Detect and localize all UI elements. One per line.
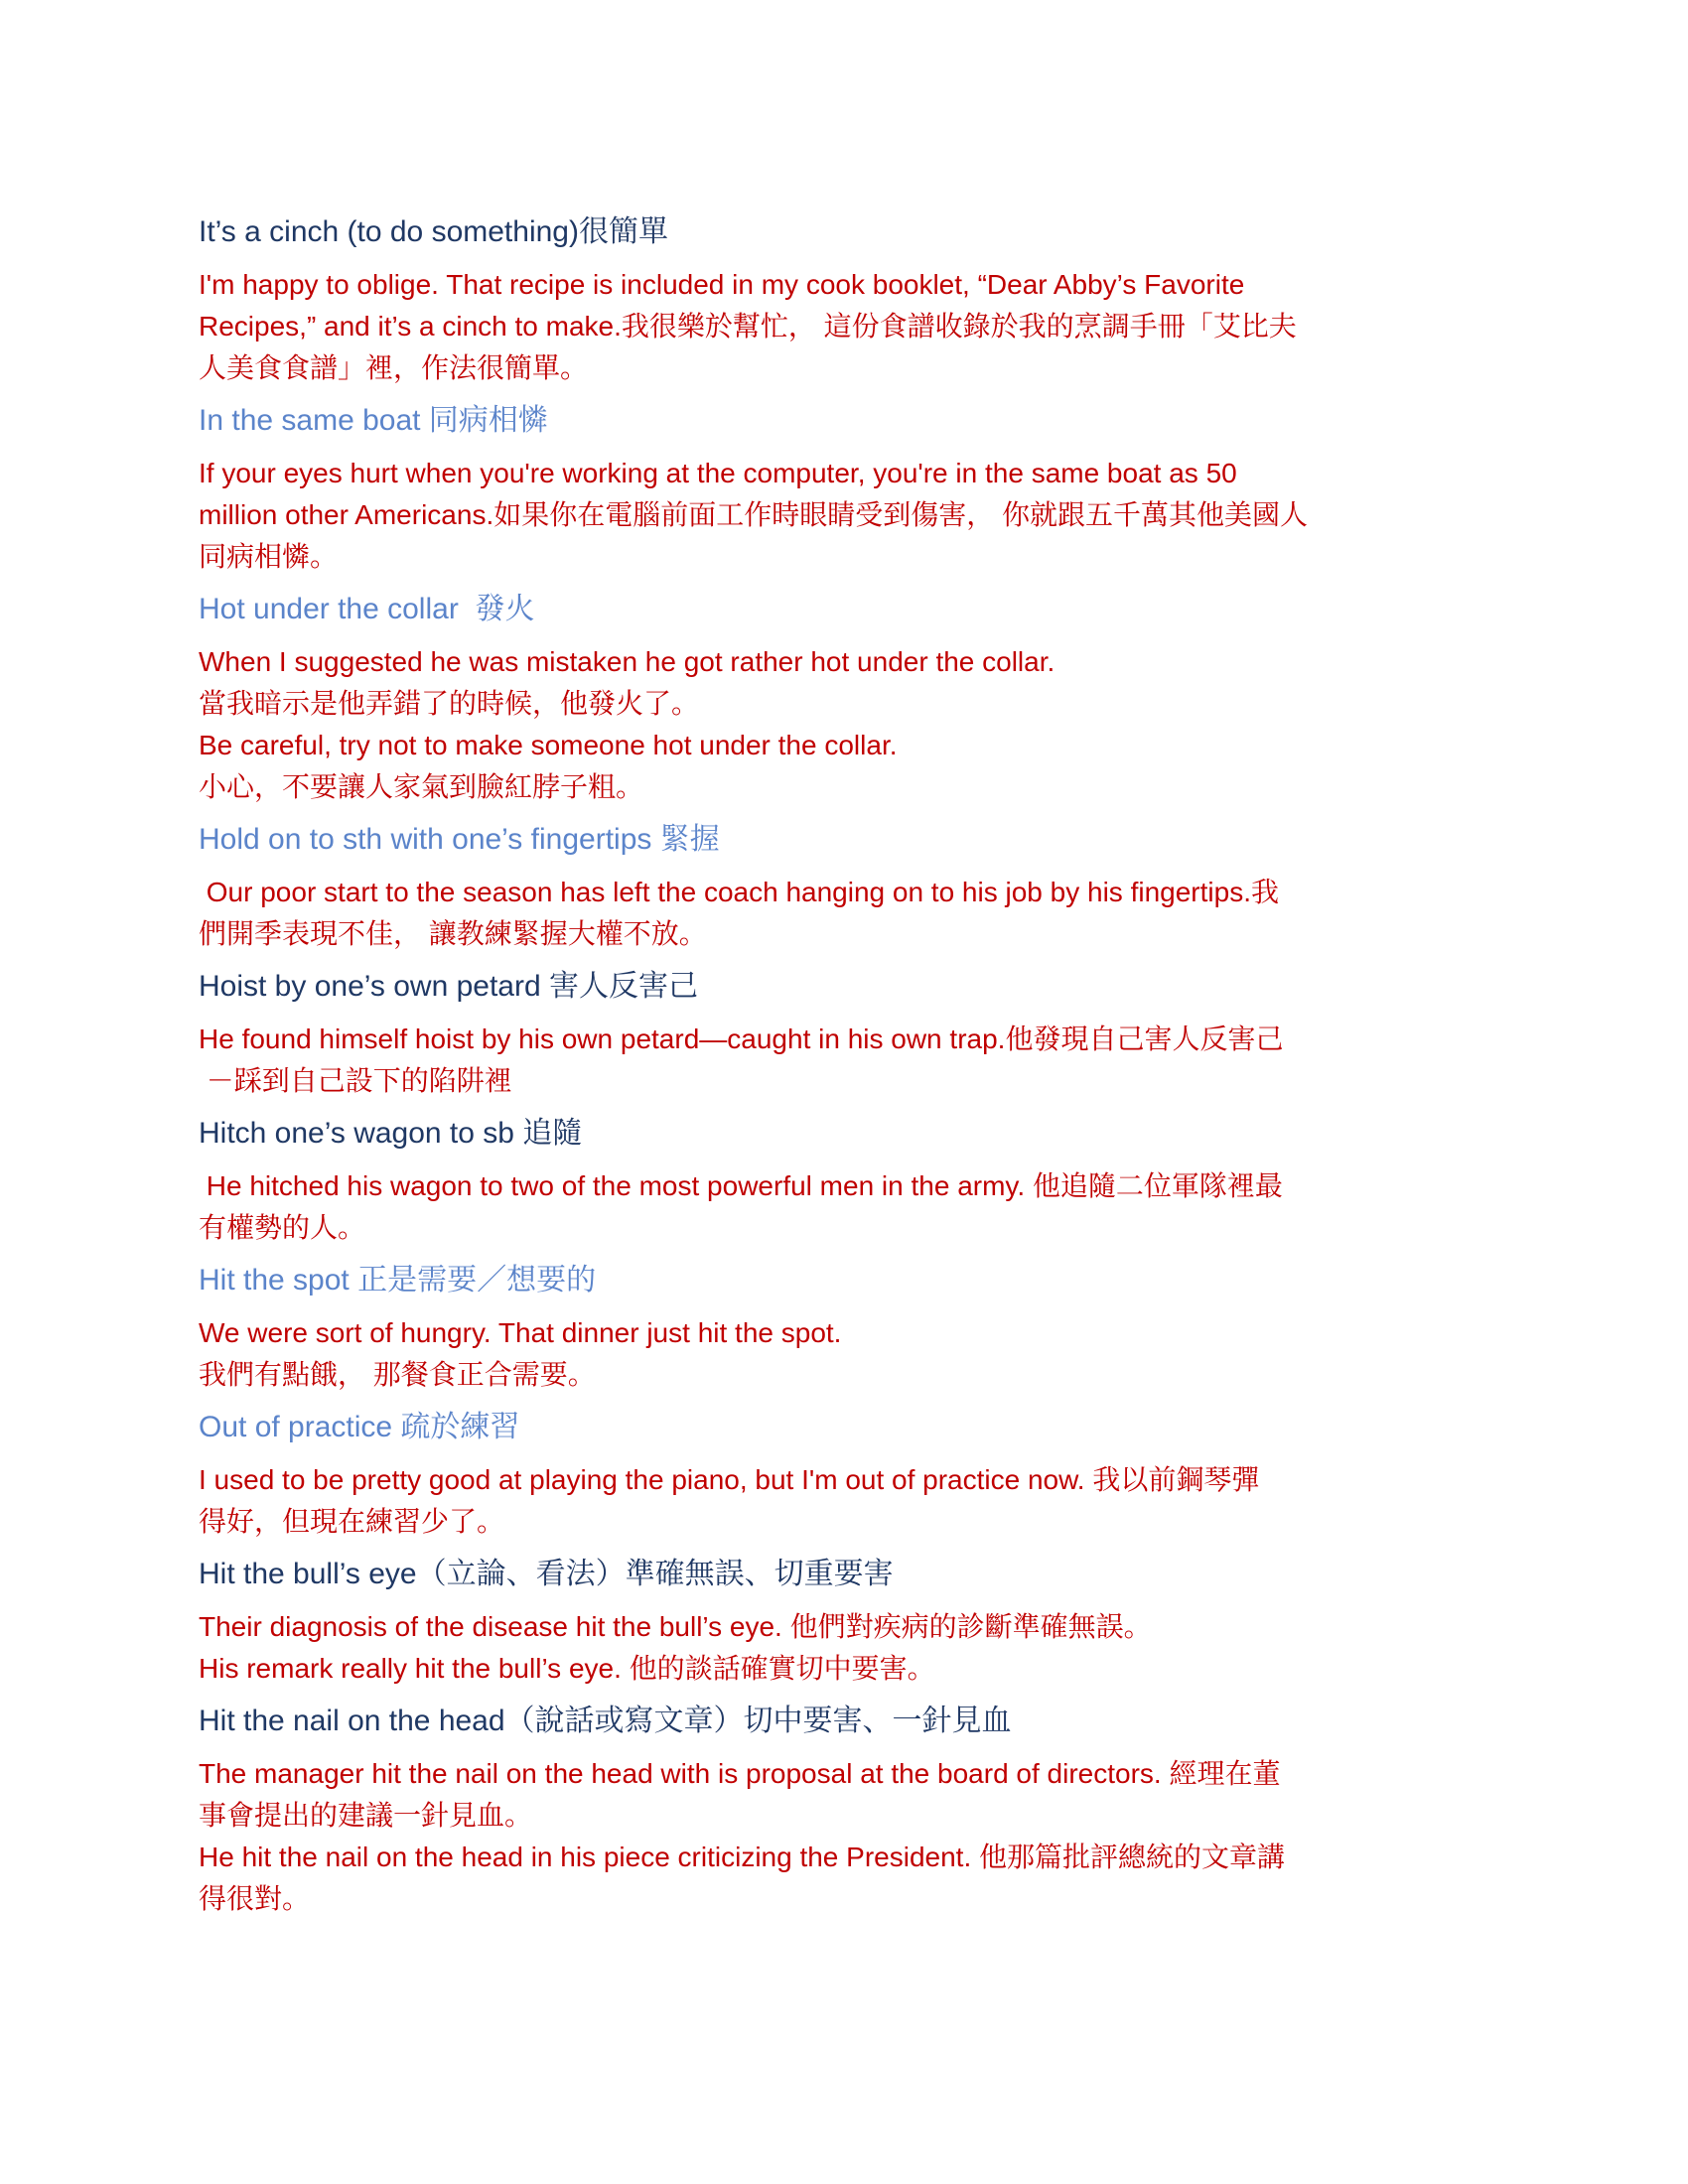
- document-page: It’s a cinch (to do something)很簡單 I'm ha…: [0, 0, 1688, 2184]
- body-line: Be careful, try not to make someone hot …: [199, 725, 1499, 766]
- idiom-heading: Hot under the collar 發火: [199, 588, 1499, 631]
- idiom-section: Hit the bull’s eye（立論、看法）準確無誤、切重要害 Their…: [199, 1553, 1499, 1690]
- body-line: He found himself hoist by his own petard…: [199, 1019, 1499, 1060]
- body-line: When I suggested he was mistaken he got …: [199, 641, 1499, 683]
- idiom-section: Hit the spot 正是需要／想要的 We were sort of hu…: [199, 1259, 1499, 1396]
- body-line: 當我暗示是他弄錯了的時候，他發火了。: [199, 683, 1499, 725]
- body-line: If your eyes hurt when you're working at…: [199, 453, 1499, 494]
- body-line: 人美食食譜」裡，作法很簡單。: [199, 347, 1499, 389]
- body-line: His remark really hit the bull’s eye. 他的…: [199, 1648, 1499, 1690]
- idiom-heading: Hit the spot 正是需要／想要的: [199, 1259, 1499, 1302]
- idiom-section: In the same boat 同病相憐 If your eyes hurt …: [199, 399, 1499, 578]
- body-line: 們開季表現不佳， 讓教練緊握大權不放。: [199, 913, 1499, 955]
- idiom-heading: Hold on to sth with one’s fingertips 緊握: [199, 818, 1499, 862]
- idiom-heading: Hit the nail on the head（說話或寫文章）切中要害、一針見…: [199, 1700, 1499, 1743]
- idiom-section: It’s a cinch (to do something)很簡單 I'm ha…: [199, 210, 1499, 389]
- idiom-section: Hot under the collar 發火 When I suggested…: [199, 588, 1499, 808]
- idiom-heading: Hit the bull’s eye（立論、看法）準確無誤、切重要害: [199, 1553, 1499, 1596]
- idiom-heading: Hoist by one’s own petard 害人反害己: [199, 965, 1499, 1009]
- idiom-heading: In the same boat 同病相憐: [199, 399, 1499, 443]
- idiom-section: Hitch one’s wagon to sb 追隨 He hitched hi…: [199, 1112, 1499, 1249]
- body-line: －踩到自己設下的陷阱裡: [199, 1060, 1499, 1102]
- body-line: 有權勢的人。: [199, 1207, 1499, 1249]
- body-line: I used to be pretty good at playing the …: [199, 1459, 1499, 1501]
- body-line: Their diagnosis of the disease hit the b…: [199, 1606, 1499, 1648]
- document-content: It’s a cinch (to do something)很簡單 I'm ha…: [199, 210, 1499, 1930]
- idiom-section: Hoist by one’s own petard 害人反害己 He found…: [199, 965, 1499, 1102]
- idiom-heading: Out of practice 疏於練習: [199, 1406, 1499, 1449]
- body-line: million other Americans.如果你在電腦前面工作時眼睛受到傷…: [199, 494, 1499, 536]
- idiom-body: Their diagnosis of the disease hit the b…: [199, 1606, 1499, 1690]
- body-line: 同病相憐。: [199, 536, 1499, 578]
- idiom-body: I'm happy to oblige. That recipe is incl…: [199, 264, 1499, 389]
- idiom-body: If your eyes hurt when you're working at…: [199, 453, 1499, 578]
- body-line: Our poor start to the season has left th…: [199, 872, 1499, 913]
- idiom-body: The manager hit the nail on the head wit…: [199, 1753, 1499, 1920]
- body-line: 事會提出的建議一針見血。: [199, 1795, 1499, 1837]
- body-line: He hit the nail on the head in his piece…: [199, 1837, 1499, 1878]
- body-line: I'm happy to oblige. That recipe is incl…: [199, 264, 1499, 306]
- body-line: Recipes,” and it’s a cinch to make.我很樂於幫…: [199, 306, 1499, 347]
- idiom-heading: It’s a cinch (to do something)很簡單: [199, 210, 1499, 254]
- body-line: He hitched his wagon to two of the most …: [199, 1165, 1499, 1207]
- body-line: 得好，但現在練習少了。: [199, 1501, 1499, 1543]
- body-line: 得很對。: [199, 1878, 1499, 1920]
- idiom-body: I used to be pretty good at playing the …: [199, 1459, 1499, 1543]
- body-line: 小心，不要讓人家氣到臉紅脖子粗。: [199, 766, 1499, 808]
- idiom-body: Our poor start to the season has left th…: [199, 872, 1499, 955]
- idiom-body: He found himself hoist by his own petard…: [199, 1019, 1499, 1102]
- idiom-body: We were sort of hungry. That dinner just…: [199, 1312, 1499, 1396]
- idiom-body: He hitched his wagon to two of the most …: [199, 1165, 1499, 1249]
- idiom-heading: Hitch one’s wagon to sb 追隨: [199, 1112, 1499, 1156]
- idiom-section: Hit the nail on the head（說話或寫文章）切中要害、一針見…: [199, 1700, 1499, 1920]
- body-line: We were sort of hungry. That dinner just…: [199, 1312, 1499, 1354]
- idiom-section: Out of practice 疏於練習 I used to be pretty…: [199, 1406, 1499, 1543]
- body-line: The manager hit the nail on the head wit…: [199, 1753, 1499, 1795]
- idiom-section: Hold on to sth with one’s fingertips 緊握 …: [199, 818, 1499, 955]
- idiom-body: When I suggested he was mistaken he got …: [199, 641, 1499, 808]
- body-line: 我們有點餓， 那餐食正合需要。: [199, 1354, 1499, 1396]
